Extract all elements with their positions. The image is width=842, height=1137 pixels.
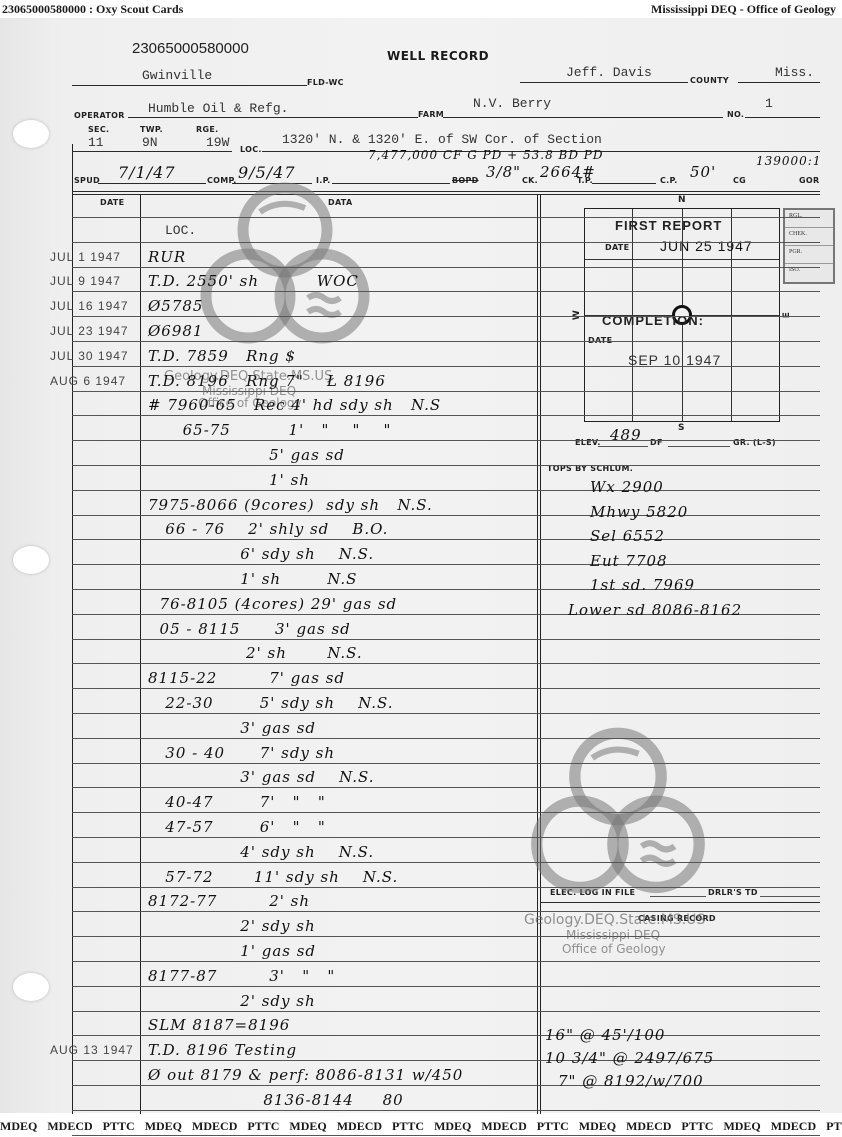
footer-tag: PTTC [247, 1119, 279, 1134]
api-number: 23065000580000 [132, 40, 249, 57]
first-report-date: JUN 25 1947 [660, 238, 753, 254]
log-entry: 8136-8144 80 [148, 1091, 404, 1109]
footer-tag: MDEQ [579, 1119, 616, 1134]
state-value: Miss. [775, 65, 814, 80]
farm-label: FARM [418, 110, 444, 119]
footer-tag: MDEQ [434, 1119, 471, 1134]
casing-entry: 7" @ 8192/w/700 [558, 1072, 704, 1090]
elev-value: 489 [610, 426, 642, 444]
log-entry: 8177-87 3' " " [148, 967, 335, 985]
log-entry: Ø6981 [148, 322, 203, 340]
operator-label: OPERATOR [74, 111, 125, 120]
footer-tag: PTTC [392, 1119, 424, 1134]
log-entry: 1' sh [148, 471, 310, 489]
plat-west-label: W [572, 310, 582, 320]
cg-value: 139000:1 [756, 154, 822, 168]
casing-entry: 10 3/4" @ 2497/675 [545, 1049, 714, 1067]
footer-tag: MDEQ [723, 1119, 760, 1134]
footer-tag: MDECD [47, 1119, 92, 1134]
log-date: AUG 6 1947 [50, 374, 126, 388]
field-value: Gwinville [142, 68, 212, 83]
sec-value: 11 [88, 135, 104, 150]
bopd-value: 3/8" [486, 163, 521, 181]
routing-rgl: RGL. [785, 210, 833, 228]
log-entry: 6' sdy sh N.S. [148, 545, 374, 563]
footer-tag: MDECD [481, 1119, 526, 1134]
log-entry: T.D. 2550' sh WOC [148, 272, 359, 290]
log-date: AUG 13 1947 [50, 1043, 134, 1057]
log-entry: 7975-8066 (9cores) sdy sh N.S. [148, 496, 433, 514]
log-entry: 2' sh N.S. [148, 644, 363, 662]
footer-tag: MDEQ [145, 1119, 182, 1134]
casing-entry: 16" @ 45'/100 [545, 1026, 665, 1044]
sec-label: SEC. [88, 125, 109, 134]
county-value: Jeff. Davis [566, 65, 652, 80]
agency-name: Mississippi DEQ - Office of Geology [651, 2, 836, 17]
twp-value: 9N [142, 135, 158, 150]
first-report-date-label: DATE [605, 243, 629, 252]
loc-label: LOC. [240, 145, 262, 154]
watermark-agency: Mississippi DEQ [566, 928, 660, 942]
log-entry: 30 - 40 7' sdy sh [148, 744, 335, 762]
log-entry: 47-57 6' " " [148, 818, 326, 836]
spud-value: 7/1/47 [118, 163, 176, 182]
formation-top: Sel 6552 [590, 527, 665, 545]
plat-north-label: N [678, 195, 686, 205]
footer-tag: PTTC [103, 1119, 135, 1134]
log-entry: T.D. 8196 Testing [148, 1041, 297, 1059]
well-record-card: 23065000580000 WELL RECORD Gwinville FLD… [0, 18, 842, 1113]
spud-label: SPUD [74, 176, 100, 185]
punch-hole [13, 120, 49, 148]
formation-top: Mhwy 5820 [590, 503, 688, 521]
log-entry: 2' sdy sh [148, 992, 316, 1010]
county-label: COUNTY [690, 76, 729, 85]
log-entry: 8172-77 2' sh [148, 892, 310, 910]
log-entry: T.D. 7859 Rng $ [148, 347, 296, 365]
routing-stamp: RGL. CHEK. PGR. ISO. [783, 208, 835, 284]
formation-top: Eut 7708 [590, 552, 668, 570]
footer-tag: PTTC [826, 1119, 842, 1134]
log-date: JUL 16 1947 [50, 299, 129, 313]
log-entry: Ø5785 [148, 297, 203, 315]
log-entry: Ø out 8179 & perf: 8086-8131 w/450 [148, 1066, 463, 1084]
footer-tag: PTTC [537, 1119, 569, 1134]
routing-chek: CHEK. [785, 228, 833, 246]
production-note: 7,477,000 CF G PD + 53.8 BD PD [368, 148, 603, 162]
log-entry: 22-30 5' sdy sh N.S. [148, 694, 394, 712]
footer-tag: MDEQ [289, 1119, 326, 1134]
routing-pgr: PGR. [785, 246, 833, 264]
log-entry: LOC. [165, 223, 196, 238]
gor-label: GOR [799, 176, 819, 185]
farm-value: N.V. Berry [473, 96, 551, 111]
log-entry: 2' sdy sh [148, 917, 316, 935]
log-entry: 4' sdy sh N.S. [148, 843, 374, 861]
plat-south-label: S [678, 423, 685, 433]
ck-label: CK. [522, 176, 538, 185]
viewer-footer: MDEQMDECDPTTCMDEQMDECDPTTCMDEQMDECDPTTCM… [0, 1119, 842, 1137]
log-entry: 66 - 76 2' shly sd B.O. [148, 520, 388, 538]
well-no-value: 1 [765, 96, 773, 111]
log-entry: SLM 8187=8196 [148, 1016, 290, 1034]
punch-hole [13, 973, 49, 1001]
data-column-header: DATA [328, 198, 352, 207]
log-date: JUL 1 1947 [50, 250, 121, 264]
log-entry: 05 - 8115 3' gas sd [148, 620, 351, 638]
formation-top: Wx 2900 [590, 478, 664, 496]
plat-east-label: E [782, 312, 792, 318]
bopd-label: BOPD [452, 176, 479, 185]
field-label: FLD-WC [307, 78, 344, 87]
log-entry: 1' gas sd [148, 942, 316, 960]
date-column-header: DATE [100, 198, 124, 207]
rge-label: RGE. [196, 125, 218, 134]
footer-tag: MDECD [626, 1119, 671, 1134]
cg-label: CG [733, 176, 746, 185]
log-entry: # 7960-65 Rec 4' hd sdy sh N.S [148, 396, 441, 414]
rge-value: 19W [206, 135, 229, 150]
log-entry: 5' gas sd [148, 446, 345, 464]
footer-tag: MDECD [192, 1119, 237, 1134]
loc-value: 1320' N. & 1320' E. of SW Cor. of Sectio… [282, 132, 602, 147]
log-entry: 57-72 11' sdy sh N.S. [148, 868, 398, 886]
drlr-td-label: DRLR'S TD [708, 888, 758, 897]
form-title: WELL RECORD [387, 49, 489, 63]
footer-tag: MDECD [337, 1119, 382, 1134]
log-date: JUL 9 1947 [50, 274, 121, 288]
cp-label: C.P. [660, 176, 678, 185]
ip-label: I.P. [316, 176, 331, 185]
viewer-header: 23065000580000 : Oxy Scout Cards Mississ… [0, 0, 842, 18]
watermark-url: Geology.DEQ.State.MS.US [524, 913, 705, 927]
log-entry: 3' gas sd [148, 719, 316, 737]
operator-value: Humble Oil & Refg. [148, 101, 288, 116]
log-entry: 8115-22 7' gas sd [148, 669, 345, 687]
document-title: 23065000580000 : Oxy Scout Cards [2, 2, 183, 17]
well-no-label: NO. [727, 110, 744, 119]
log-entry: 3' gas sd N.S. [148, 768, 375, 786]
deq-logo-watermark [518, 723, 718, 908]
log-entry: RUR [148, 248, 186, 266]
log-entry: T.D. 8196 Rng 7" Ł 8196 [148, 372, 386, 390]
footer-tag: MDEQ [0, 1119, 37, 1134]
punch-hole [13, 546, 49, 574]
first-report-label: FIRST REPORT [615, 218, 722, 233]
log-entry: 76-8105 (4cores) 29' gas sd [148, 595, 397, 613]
cp-value: 50' [690, 163, 716, 181]
log-entry: 1' sh N.S [148, 570, 357, 588]
tp-label: T.P. [577, 176, 593, 185]
twp-label: TWP. [140, 125, 163, 134]
footer-tag: MDECD [771, 1119, 816, 1134]
log-entry: 40-47 7' " " [148, 793, 326, 811]
elec-log-label: ELEC. LOG IN FILE [550, 888, 635, 897]
log-entry: 65-75 1' " " " [148, 421, 391, 439]
log-date: JUL 23 1947 [50, 324, 129, 338]
comp-value: 9/5/47 [238, 163, 296, 182]
formation-top: 1st sd. 7969 [590, 576, 695, 594]
footer-tag: PTTC [681, 1119, 713, 1134]
log-date: JUL 30 1947 [50, 349, 129, 363]
formation-top: Lower sd 8086-8162 [568, 601, 742, 619]
watermark-office: Office of Geology [562, 942, 666, 956]
